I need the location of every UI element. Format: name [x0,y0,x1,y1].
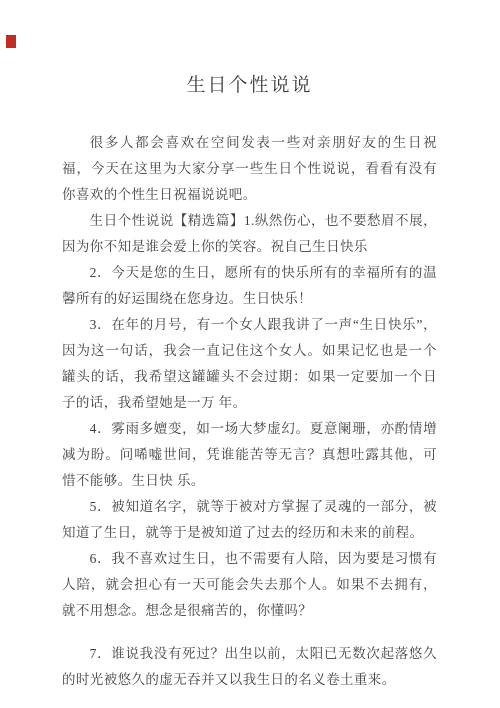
paragraph: 6．我不喜欢过生日，也不需要有人陪，因为要是习惯有人陪，就会担心有一天可能会失去… [62,546,437,624]
paragraph: 很多人都会喜欢在空间发表一些对亲朋好友的生日祝福，今天在这里为大家分享一些生日个… [62,130,437,208]
paragraph: 3．在年的月号，有一个女人跟我讲了一声“生日快乐”，因为这一句话，我会一直记住这… [62,312,437,416]
paragraph: 4．雾雨多嬗变，如一场大梦虚幻。夏意阑珊，亦酌情增减为盼。问唏嘘世间，凭谁能苦等… [62,416,437,494]
paragraph: 5．被知道名字，就等于被对方掌握了灵魂的一部分，被知道了生日，就等于是被知道了过… [62,494,437,546]
document-page: 生日个性说说 很多人都会喜欢在空间发表一些对亲朋好友的生日祝福，今天在这里为大家… [0,0,500,708]
paragraph: 2．今天是您的生日，愿所有的快乐所有的幸福所有的温馨所有的好运围绕在您身边。生日… [62,260,437,312]
page-title: 生日个性说说 [62,0,437,97]
paragraph: 生日个性说说【精选篇】1.纵然伤心，也不要愁眉不展，因为你不知是谁会爱上你的笑容… [62,208,437,260]
document-body: 很多人都会喜欢在空间发表一些对亲朋好友的生日祝福，今天在这里为大家分享一些生日个… [62,130,437,693]
page-number: 1 [0,646,500,658]
